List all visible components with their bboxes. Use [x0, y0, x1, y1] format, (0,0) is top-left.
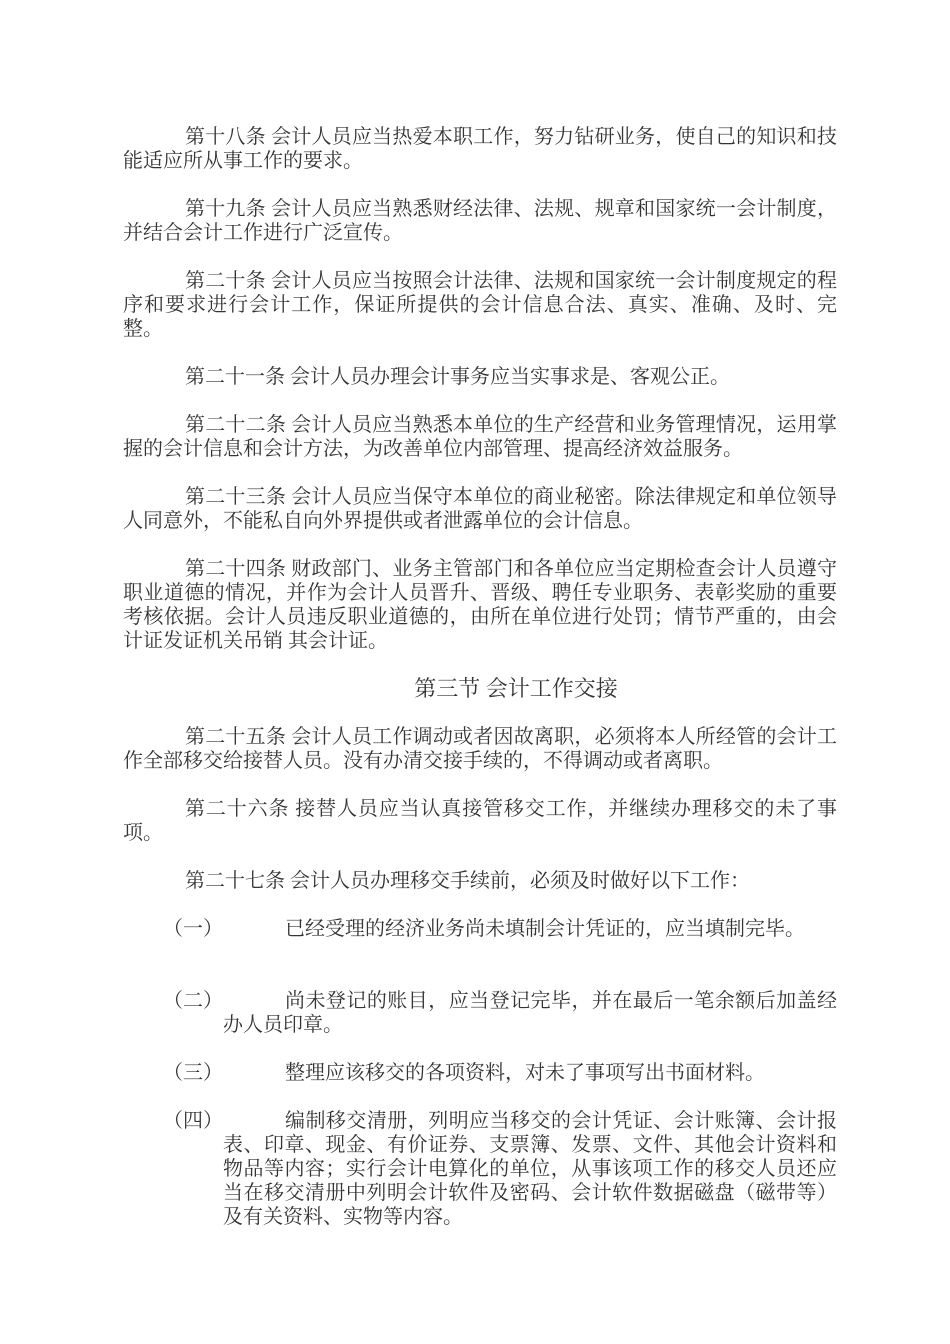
list-item-1-label: （一）	[123, 917, 223, 941]
paragraph-article-21: 第二十一条 会计人员办理会计事务应当实事求是、客观公正。	[123, 365, 837, 389]
list-item-2: （二） 尚未登记的账目，应当登记完毕，并在最后一笔余额后加盖经办人员印章。	[123, 989, 837, 1037]
list-item-3-label: （三）	[123, 1061, 223, 1085]
paragraph-article-19: 第十九条 会计人员应当熟悉财经法律、法规、规章和国家统一会计制度，并结合会计工作…	[123, 197, 837, 245]
paragraph-article-20: 第二十条 会计人员应当按照会计法律、法规和国家统一会计制度规定的程序和要求进行会…	[123, 269, 837, 341]
document-page: 第十八条 会计人员应当热爱本职工作，努力钻研业务，使自己的知识和技能适应所从事工…	[0, 0, 950, 1344]
paragraph-article-27: 第二十七条 会计人员办理移交手续前，必须及时做好以下工作：	[123, 869, 837, 893]
list-item-3: （三） 整理应该移交的各项资料，对未了事项写出书面材料。	[123, 1061, 837, 1085]
paragraph-article-18: 第十八条 会计人员应当热爱本职工作，努力钻研业务，使自己的知识和技能适应所从事工…	[123, 125, 837, 173]
list-item-2-label: （二）	[123, 989, 223, 1037]
paragraph-article-26: 第二十六条 接替人员应当认真接管移交工作，并继续办理移交的未了事项。	[123, 797, 837, 845]
paragraph-article-23: 第二十三条 会计人员应当保守本单位的商业秘密。除法律规定和单位领导人同意外，不能…	[123, 485, 837, 533]
paragraph-article-24: 第二十四条 财政部门、业务主管部门和各单位应当定期检查会计人员遵守职业道德的情况…	[123, 557, 837, 653]
list-item-4: （四） 编制移交清册，列明应当移交的会计凭证、会计账簿、会计报表、印章、现金、有…	[123, 1109, 837, 1229]
paragraph-article-22: 第二十二条 会计人员应当熟悉本单位的生产经营和业务管理情况，运用掌握的会计信息和…	[123, 413, 837, 461]
list-item-4-text: 编制移交清册，列明应当移交的会计凭证、会计账簿、会计报表、印章、现金、有价证券、…	[223, 1109, 837, 1229]
paragraph-article-25: 第二十五条 会计人员工作调动或者因故离职，必须将本人所经管的会计工作全部移交给接…	[123, 725, 837, 773]
list-item-2-text: 尚未登记的账目，应当登记完毕，并在最后一笔余额后加盖经办人员印章。	[223, 989, 837, 1037]
list-item-1: （一） 已经受理的经济业务尚未填制会计凭证的，应当填制完毕。	[123, 917, 837, 941]
list-item-1-text: 已经受理的经济业务尚未填制会计凭证的，应当填制完毕。	[223, 917, 837, 941]
list-item-4-label: （四）	[123, 1109, 223, 1229]
list-item-3-text: 整理应该移交的各项资料，对未了事项写出书面材料。	[223, 1061, 837, 1085]
section-heading: 第三节 会计工作交接	[123, 677, 837, 701]
